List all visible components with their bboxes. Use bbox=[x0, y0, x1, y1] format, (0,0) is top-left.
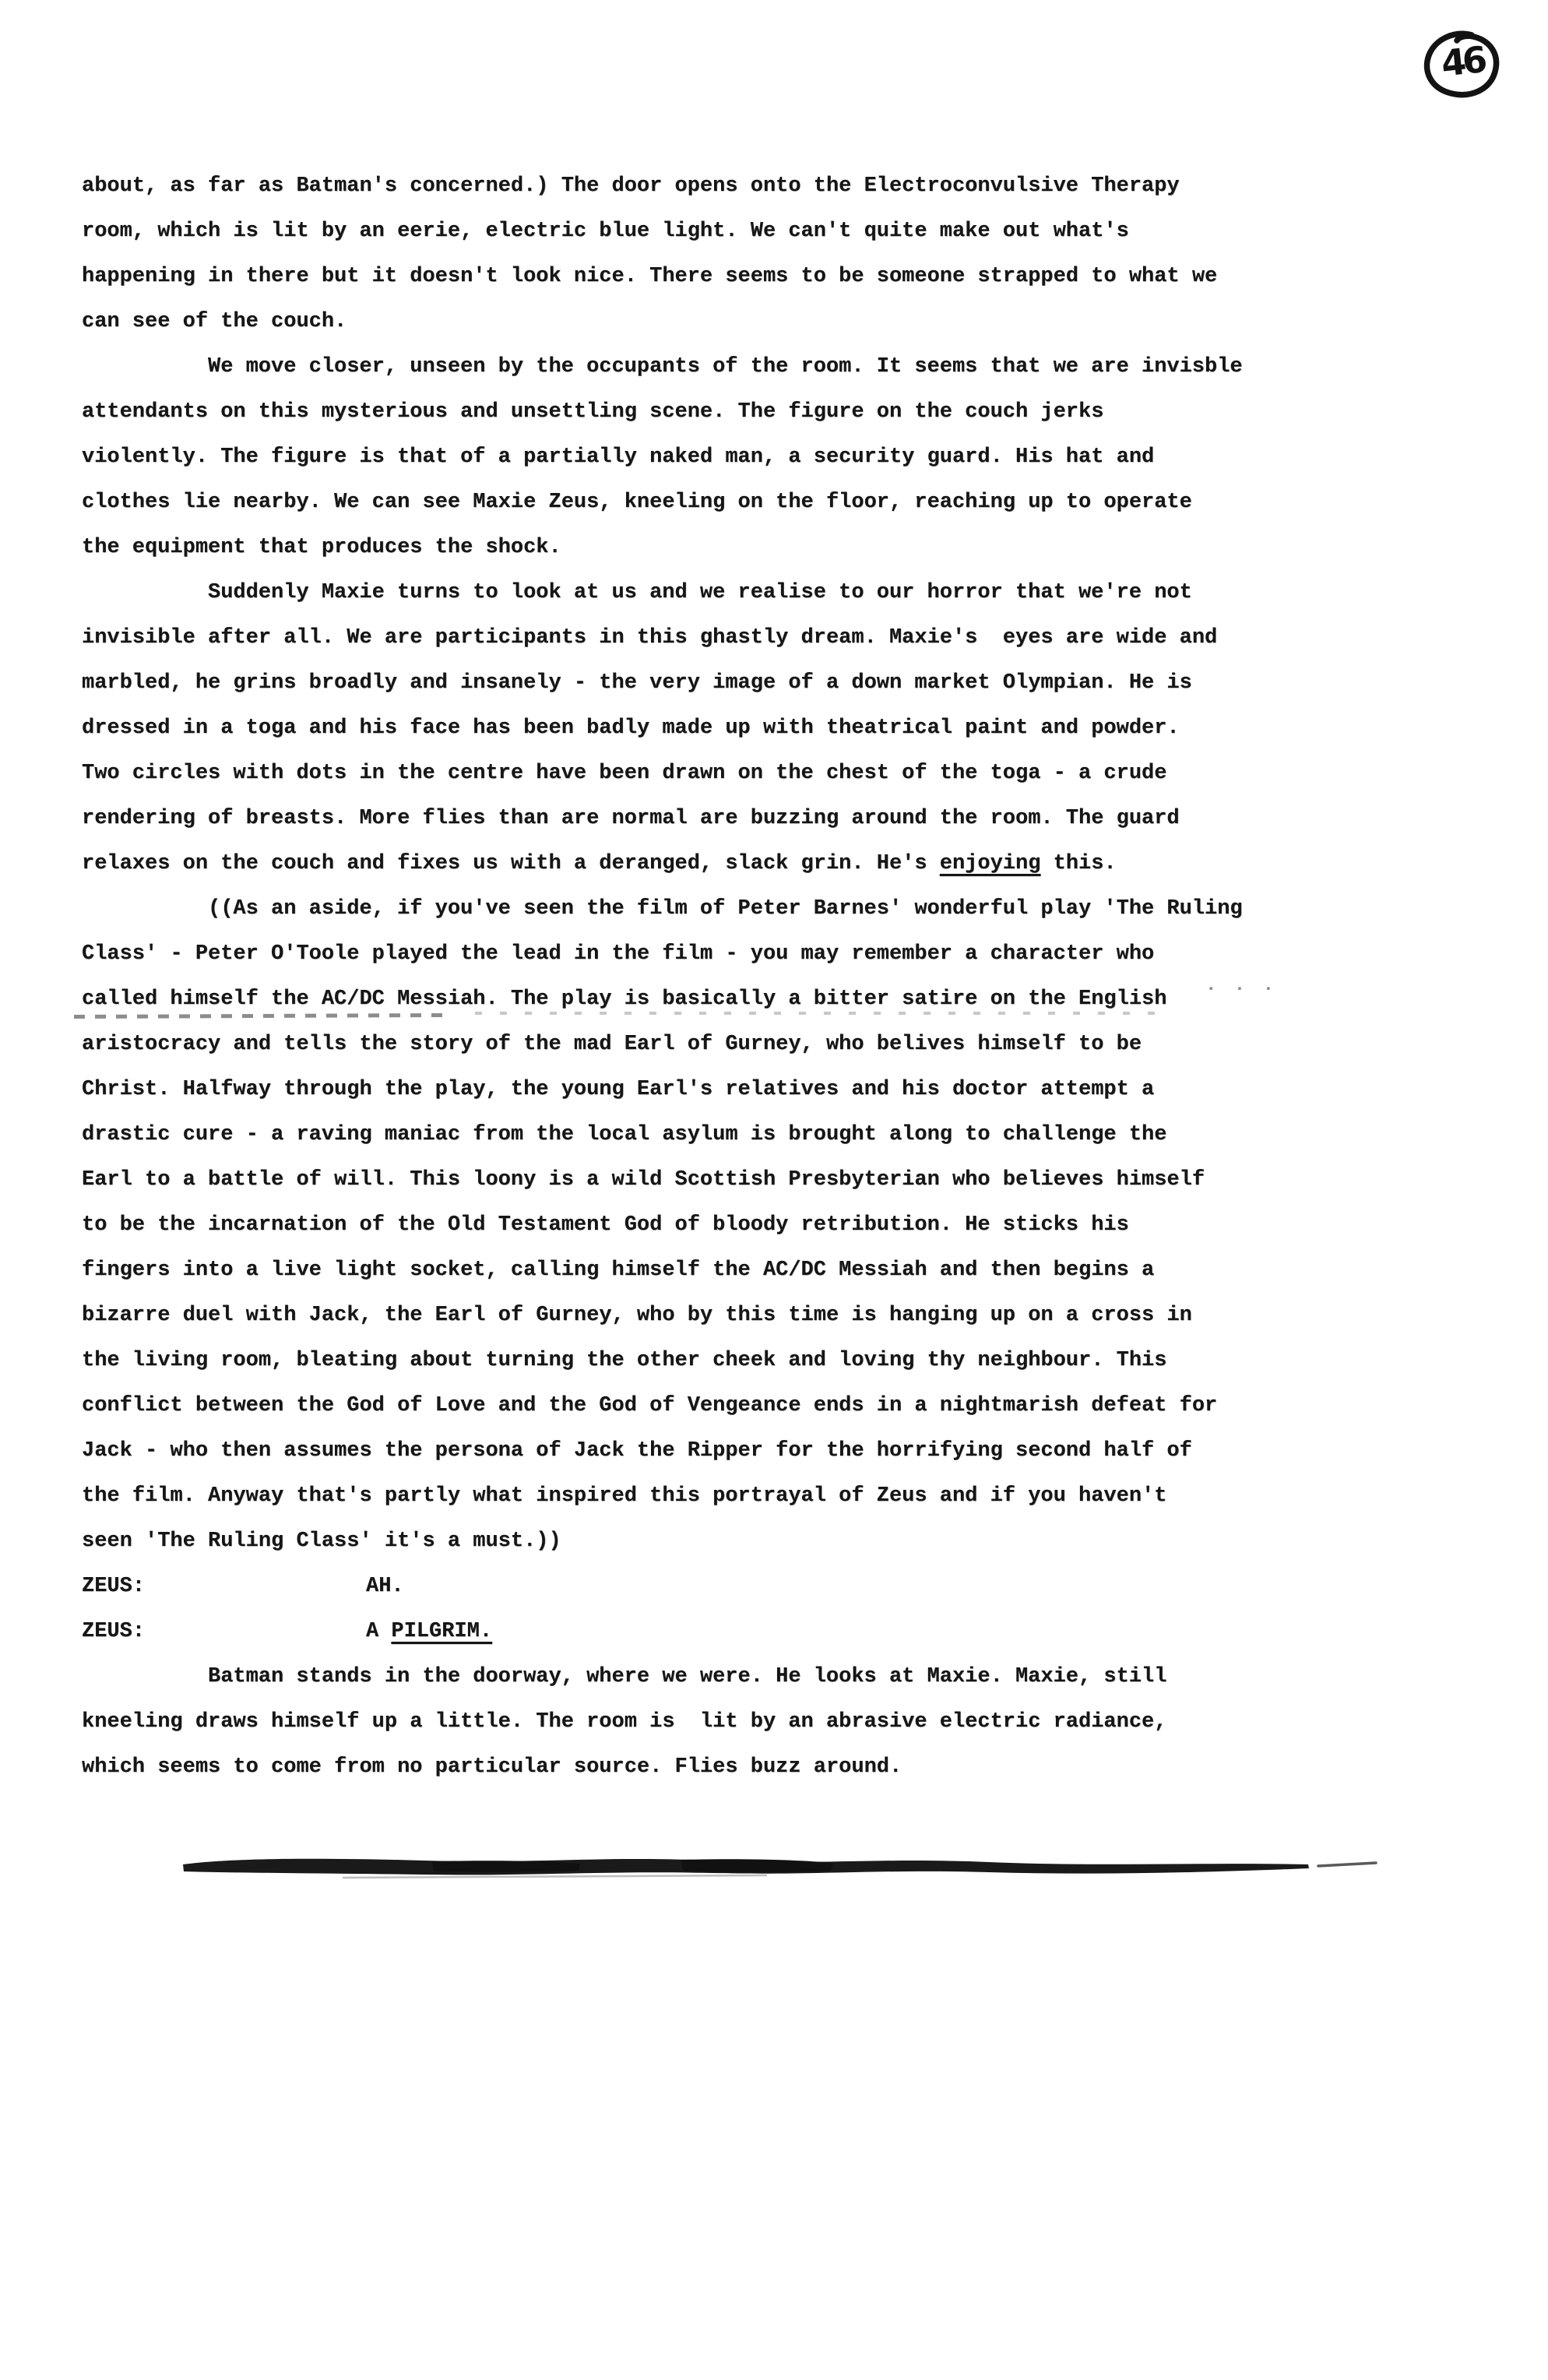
script-line: dressed in a toga and his face has been … bbox=[82, 706, 1296, 751]
script-line: clothes lie nearby. We can see Maxie Zeu… bbox=[82, 480, 1296, 525]
script-line: the equipment that produces the shock. bbox=[82, 525, 1296, 570]
typewriter-smudge-artifact bbox=[475, 1012, 1160, 1015]
script-line: bizarre duel with Jack, the Earl of Gurn… bbox=[82, 1293, 1296, 1338]
script-line: drastic cure - a raving maniac from the … bbox=[82, 1112, 1296, 1157]
script-line: attendants on this mysterious and unsett… bbox=[82, 389, 1296, 435]
script-text-block: about, as far as Batman's concerned.) Th… bbox=[82, 164, 1296, 1790]
script-page: 46 about, as far as Batman's concerned.)… bbox=[0, 0, 1548, 2380]
dialogue-speaker: ZEUS: bbox=[82, 1564, 366, 1609]
script-line: fingers into a live light socket, callin… bbox=[82, 1248, 1296, 1293]
script-line: Jack - who then assumes the persona of J… bbox=[82, 1428, 1296, 1473]
hand-drawn-rule bbox=[175, 1852, 1406, 1899]
script-line: Earl to a battle of will. This loony is … bbox=[82, 1157, 1296, 1202]
script-line: rendering of breasts. More flies than ar… bbox=[82, 796, 1296, 841]
dialogue-speaker: ZEUS: bbox=[82, 1609, 366, 1654]
script-line: kneeling draws himself up a little. The … bbox=[82, 1699, 1296, 1745]
script-line: room, which is lit by an eerie, electric… bbox=[82, 209, 1296, 254]
script-line: aristocracy and tells the story of the m… bbox=[82, 1022, 1296, 1067]
script-line: happening in there but it doesn't look n… bbox=[82, 254, 1296, 299]
script-line: seen 'The Ruling Class' it's a must.)) bbox=[82, 1519, 1296, 1564]
script-line: which seems to come from no particular s… bbox=[82, 1745, 1296, 1790]
script-line: invisible after all. We are participants… bbox=[82, 615, 1296, 660]
marker-line-icon bbox=[175, 1852, 1406, 1899]
script-line: the living room, bleating about turning … bbox=[82, 1338, 1296, 1383]
page-number-badge: 46 bbox=[1422, 30, 1503, 101]
script-line: Batman stands in the doorway, where we w… bbox=[82, 1654, 1296, 1699]
script-line: violently. The figure is that of a parti… bbox=[82, 435, 1296, 480]
page-number: 46 bbox=[1420, 37, 1504, 87]
script-line: We move closer, unseen by the occupants … bbox=[82, 344, 1296, 389]
dialogue-line: ZEUS:AH. bbox=[82, 1564, 1296, 1609]
script-line: Class' - Peter O'Toole played the lead i… bbox=[82, 931, 1296, 977]
script-line: ((As an aside, if you've seen the film o… bbox=[82, 886, 1296, 931]
typewriter-smudge-dots: . . . bbox=[1205, 975, 1277, 996]
script-line: Suddenly Maxie turns to look at us and w… bbox=[82, 570, 1296, 615]
underlined-word: enjoying bbox=[940, 852, 1041, 875]
script-line: can see of the couch. bbox=[82, 299, 1296, 344]
script-line: the film. Anyway that's partly what insp… bbox=[82, 1473, 1296, 1519]
script-line: relaxes on the couch and fixes us with a… bbox=[82, 841, 1296, 886]
script-line: about, as far as Batman's concerned.) Th… bbox=[82, 164, 1296, 209]
underlined-word: PILGRIM. bbox=[391, 1620, 492, 1643]
script-line: Two circles with dots in the centre have… bbox=[82, 751, 1296, 796]
script-line: marbled, he grins broadly and insanely -… bbox=[82, 660, 1296, 706]
script-line: conflict between the God of Love and the… bbox=[82, 1383, 1296, 1428]
dialogue-line: ZEUS:A PILGRIM. bbox=[82, 1609, 1296, 1654]
script-line: Christ. Halfway through the play, the yo… bbox=[82, 1067, 1296, 1112]
script-line: to be the incarnation of the Old Testame… bbox=[82, 1202, 1296, 1248]
